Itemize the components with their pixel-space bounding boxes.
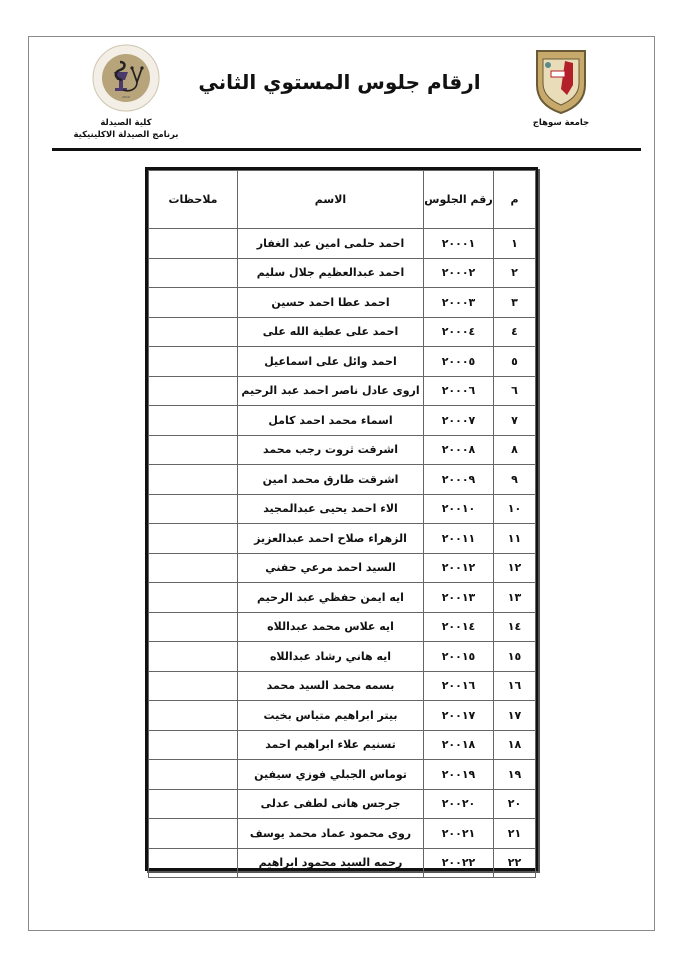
notes-cell	[149, 494, 238, 524]
seat-number: ٢٠٠١٤	[424, 612, 494, 642]
row-index: ٣	[494, 288, 536, 318]
row-index: ١٩	[494, 760, 536, 790]
seat-number: ٢٠٠١١	[424, 524, 494, 554]
student-name: اسماء محمد احمد كامل	[238, 406, 424, 436]
seat-number: ٢٠٠١٦	[424, 671, 494, 701]
notes-cell	[149, 376, 238, 406]
sohag-university-crest-icon	[531, 45, 591, 115]
student-name: توماس الجبلي فوزي سيفين	[238, 760, 424, 790]
table-row: ١٧٢٠٠١٧بيتر ابراهيم متياس بخيت	[149, 701, 536, 731]
student-name: السيد احمد مرعي حفني	[238, 553, 424, 583]
student-name: الزهراء صلاح احمد عبدالعزيز	[238, 524, 424, 554]
table-row: ١٥٢٠٠١٥ايه هاني رشاد عبداللاه	[149, 642, 536, 672]
notes-cell	[149, 258, 238, 288]
notes-cell	[149, 435, 238, 465]
program-caption: برنامج الصيدلة الاكلينيكية	[64, 130, 188, 140]
svg-text:2019: 2019	[122, 95, 130, 99]
seat-number: ٢٠٠٠٣	[424, 288, 494, 318]
row-index: ١٥	[494, 642, 536, 672]
student-name: ايه هاني رشاد عبداللاه	[238, 642, 424, 672]
student-name: اشرقت ثروت رجب محمد	[238, 435, 424, 465]
student-name: احمد عطا احمد حسين	[238, 288, 424, 318]
row-index: ٨	[494, 435, 536, 465]
seat-number: ٢٠٠٠٨	[424, 435, 494, 465]
row-index: ٢١	[494, 819, 536, 849]
table-row: ٩٢٠٠٠٩اشرقت طارق محمد امين	[149, 465, 536, 495]
seat-number: ٢٠٠٢٢	[424, 848, 494, 878]
university-caption: جامعة سوهاج	[520, 118, 602, 128]
table-row: ٥٢٠٠٠٥احمد وائل على اسماعيل	[149, 347, 536, 377]
seat-number: ٢٠٠٢١	[424, 819, 494, 849]
seat-number: ٢٠٠١٥	[424, 642, 494, 672]
student-name: الاء احمد يحيى عبدالمجيد	[238, 494, 424, 524]
notes-cell	[149, 288, 238, 318]
student-name: جرجس هانى لطفى عدلى	[238, 789, 424, 819]
notes-cell	[149, 229, 238, 259]
row-index: ٢٠	[494, 789, 536, 819]
table-header-row: م رقم الجلوس الاسم ملاحظات	[149, 171, 536, 229]
table-row: ١١٢٠٠١١الزهراء صلاح احمد عبدالعزيز	[149, 524, 536, 554]
table-row: ١٤٢٠٠١٤ايه علاس محمد عبداللاه	[149, 612, 536, 642]
header-divider	[52, 148, 641, 151]
notes-cell	[149, 789, 238, 819]
seat-number: ٢٠٠٠٢	[424, 258, 494, 288]
student-name: بيتر ابراهيم متياس بخيت	[238, 701, 424, 731]
student-name: احمد حلمى امين عبد الغفار	[238, 229, 424, 259]
notes-cell	[149, 583, 238, 613]
seat-number: ٢٠٠٠٩	[424, 465, 494, 495]
student-name: احمد على عطية الله على	[238, 317, 424, 347]
table-row: ١٦٢٠٠١٦بسمه محمد السيد محمد	[149, 671, 536, 701]
student-name: بسمه محمد السيد محمد	[238, 671, 424, 701]
table-row: ١٨٢٠٠١٨تسنيم علاء ابراهيم احمد	[149, 730, 536, 760]
row-index: ١١	[494, 524, 536, 554]
row-index: ١	[494, 229, 536, 259]
student-name: احمد عبدالعظيم جلال سليم	[238, 258, 424, 288]
table-row: ٢٢٢٠٠٢٢رحمه السيد محمود ابراهيم	[149, 848, 536, 878]
table-row: ١٢٢٠٠١٢السيد احمد مرعي حفني	[149, 553, 536, 583]
seat-number: ٢٠٠٠١	[424, 229, 494, 259]
notes-cell	[149, 671, 238, 701]
row-index: ١٢	[494, 553, 536, 583]
row-index: ٤	[494, 317, 536, 347]
table-row: ٣٢٠٠٠٣احمد عطا احمد حسين	[149, 288, 536, 318]
notes-cell	[149, 347, 238, 377]
notes-cell	[149, 848, 238, 878]
table-row: ٦٢٠٠٠٦اروى عادل ناصر احمد عبد الرحيم	[149, 376, 536, 406]
notes-cell	[149, 406, 238, 436]
student-name: تسنيم علاء ابراهيم احمد	[238, 730, 424, 760]
seat-number: ٢٠٠١٨	[424, 730, 494, 760]
seat-number: ٢٠٠١٠	[424, 494, 494, 524]
faculty-caption: كلية الصيدلة	[64, 118, 188, 128]
seat-number: ٢٠٠٠٦	[424, 376, 494, 406]
student-name: احمد وائل على اسماعيل	[238, 347, 424, 377]
table-row: ١٢٠٠٠١احمد حلمى امين عبد الغفار	[149, 229, 536, 259]
notes-cell	[149, 612, 238, 642]
header-notes: ملاحظات	[149, 171, 238, 229]
seat-number: ٢٠٠١٣	[424, 583, 494, 613]
seat-number: ٢٠٠٠٧	[424, 406, 494, 436]
notes-cell	[149, 465, 238, 495]
notes-cell	[149, 819, 238, 849]
row-index: ٢٢	[494, 848, 536, 878]
table-row: ٢١٢٠٠٢١روى محمود عماد محمد يوسف	[149, 819, 536, 849]
table-row: ٢٠٢٠٠٢٠جرجس هانى لطفى عدلى	[149, 789, 536, 819]
notes-cell	[149, 524, 238, 554]
notes-cell	[149, 317, 238, 347]
row-index: ٦	[494, 376, 536, 406]
seat-number: ٢٠٠٢٠	[424, 789, 494, 819]
table-row: ١٩٢٠٠١٩توماس الجبلي فوزي سيفين	[149, 760, 536, 790]
student-name: رحمه السيد محمود ابراهيم	[238, 848, 424, 878]
student-name: ايه ايمن حفظي عبد الرحيم	[238, 583, 424, 613]
table-row: ٤٢٠٠٠٤احمد على عطية الله على	[149, 317, 536, 347]
student-name: اروى عادل ناصر احمد عبد الرحيم	[238, 376, 424, 406]
row-index: ٧	[494, 406, 536, 436]
row-index: ١٨	[494, 730, 536, 760]
row-index: ١٧	[494, 701, 536, 731]
row-index: ٩	[494, 465, 536, 495]
student-name: اشرقت طارق محمد امين	[238, 465, 424, 495]
table-row: ٧٢٠٠٠٧اسماء محمد احمد كامل	[149, 406, 536, 436]
seat-number: ٢٠٠١٧	[424, 701, 494, 731]
seat-number: ٢٠٠٠٤	[424, 317, 494, 347]
row-index: ١٦	[494, 671, 536, 701]
table-row: ١٠٢٠٠١٠الاء احمد يحيى عبدالمجيد	[149, 494, 536, 524]
table-row: ٨٢٠٠٠٨اشرقت ثروت رجب محمد	[149, 435, 536, 465]
seat-numbers-table: م رقم الجلوس الاسم ملاحظات ١٢٠٠٠١احمد حل…	[145, 167, 538, 871]
notes-cell	[149, 730, 238, 760]
header-index: م	[494, 171, 536, 229]
seat-number: ٢٠٠١٢	[424, 553, 494, 583]
seat-number: ٢٠٠٠٥	[424, 347, 494, 377]
notes-cell	[149, 642, 238, 672]
notes-cell	[149, 701, 238, 731]
row-index: ١٣	[494, 583, 536, 613]
table-row: ١٣٢٠٠١٣ايه ايمن حفظي عبد الرحيم	[149, 583, 536, 613]
student-name: ايه علاس محمد عبداللاه	[238, 612, 424, 642]
student-name: روى محمود عماد محمد يوسف	[238, 819, 424, 849]
header-seat-number: رقم الجلوس	[424, 171, 494, 229]
seat-number: ٢٠٠١٩	[424, 760, 494, 790]
notes-cell	[149, 760, 238, 790]
header-name: الاسم	[238, 171, 424, 229]
row-index: ١٠	[494, 494, 536, 524]
row-index: ٥	[494, 347, 536, 377]
row-index: ٢	[494, 258, 536, 288]
notes-cell	[149, 553, 238, 583]
table-row: ٢٢٠٠٠٢احمد عبدالعظيم جلال سليم	[149, 258, 536, 288]
row-index: ١٤	[494, 612, 536, 642]
